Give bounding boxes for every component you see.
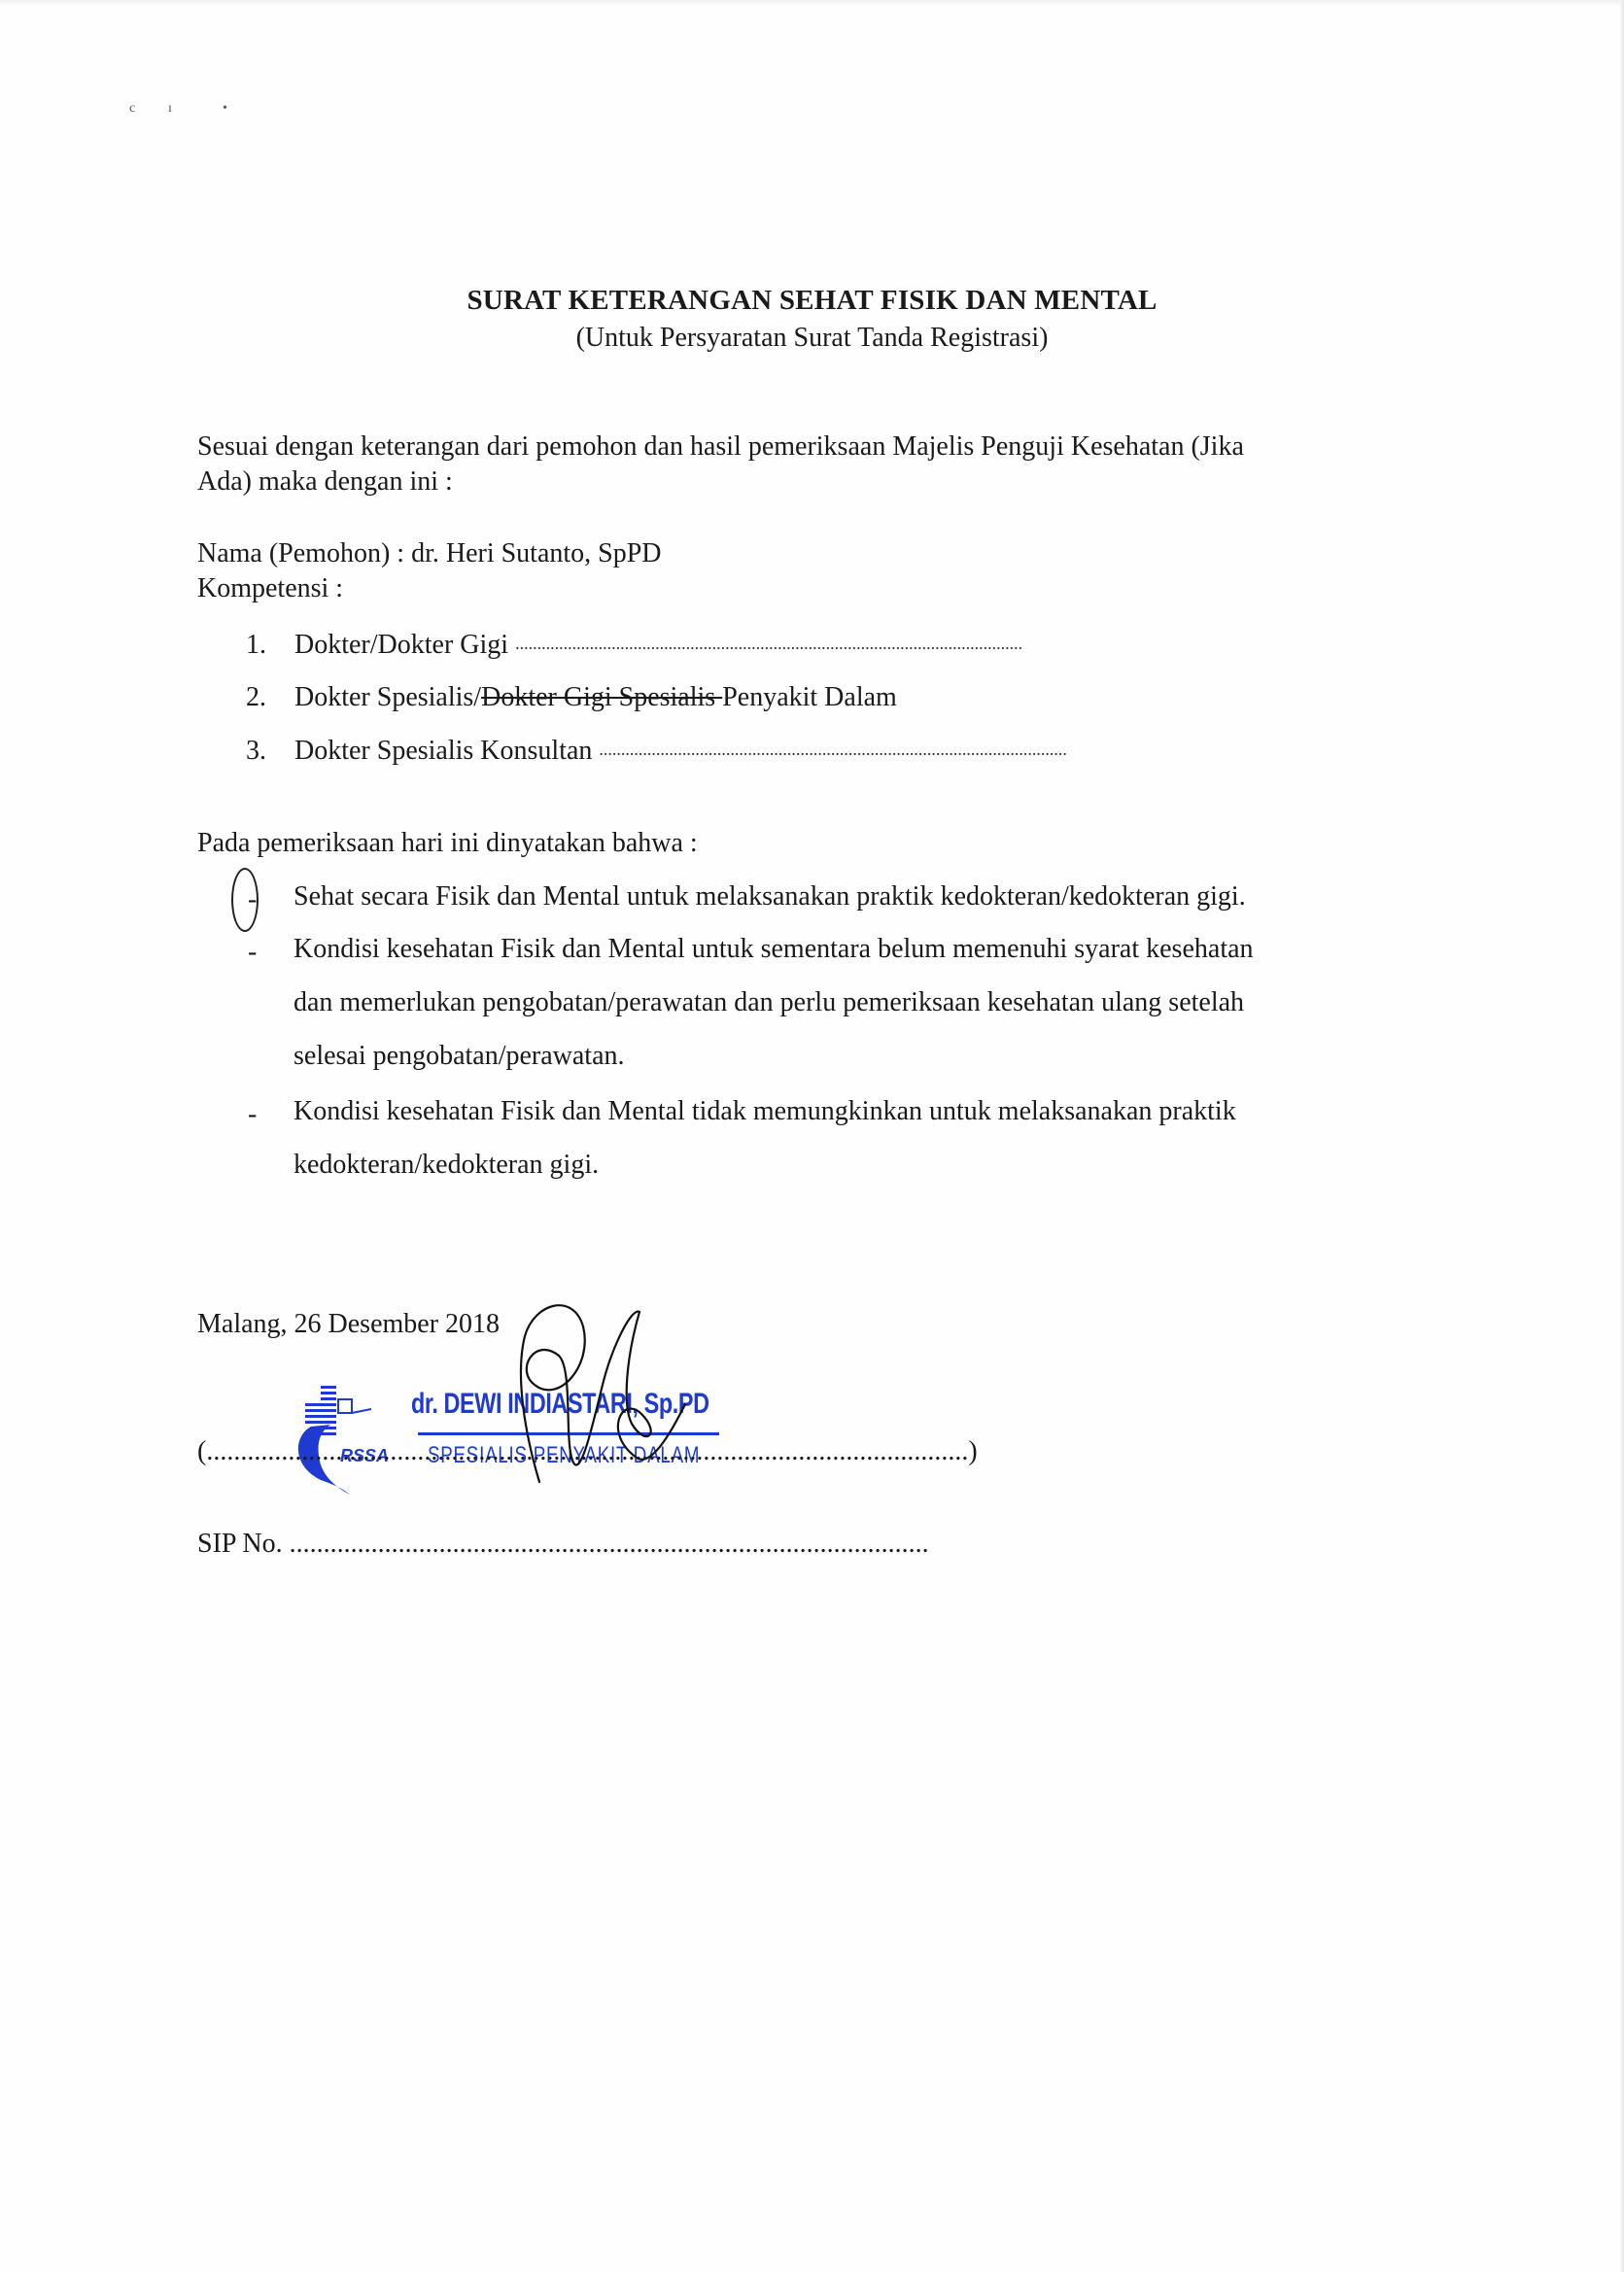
condition-2-line-1: Kondisi kesehatan Fisik dan Mental untuk… [294, 934, 1254, 965]
document-subtitle: (Untuk Persyaratan Surat Tanda Registras… [0, 323, 1624, 354]
item-text-after: Penyakit Dalam [722, 682, 897, 712]
applicant-name: Nama (Pemohon) : dr. Heri Sutanto, SpPD [197, 538, 662, 569]
fill-dots: ........................................… [515, 634, 1022, 653]
scan-mark: • [223, 101, 227, 117]
condition-2-line-3: selesai pengobatan/perawatan. [294, 1041, 625, 1072]
competency-item-2: 2.Dokter Spesialis/Dokter Gigi Spesialis… [246, 682, 897, 713]
intro-paragraph-line-2: Ada) maka dengan ini : [197, 466, 453, 498]
place-date: Malang, 26 Desember 2018 [197, 1309, 500, 1340]
intro-paragraph-line-1: Sesuai dengan keterangan dari pemohon da… [197, 431, 1244, 463]
item-number: 2. [246, 682, 294, 713]
item-text: Dokter/Dokter Gigi [294, 630, 508, 660]
item-text-before: Dokter Spesialis/ [294, 682, 481, 712]
signature-name-line: (.......................................… [197, 1436, 978, 1467]
document-title: SURAT KETERANGAN SEHAT FISIK DAN MENTAL [0, 285, 1624, 317]
document-page: c ı • SURAT KETERANGAN SEHAT FISIK DAN M… [0, 0, 1624, 2272]
competency-item-1: 1.Dokter/Dokter Gigi ...................… [246, 630, 1022, 661]
examination-statement: Pada pemeriksaan hari ini dinyatakan bah… [197, 828, 698, 859]
sip-number-line: SIP No. ................................… [197, 1529, 929, 1560]
bullet-dash: - [248, 937, 257, 968]
item-number: 1. [246, 630, 294, 661]
item-text-struck: Dokter Gigi Spesialis [481, 682, 722, 712]
fill-dots: ........................................… [599, 740, 1067, 759]
condition-3-line-2: kedokteran/kedokteran gigi. [294, 1150, 599, 1181]
item-text: Dokter Spesialis Konsultan [294, 736, 592, 766]
handwritten-signature [466, 1288, 690, 1501]
bullet-dash: - [248, 884, 257, 915]
condition-1-line-1: Sehat secara Fisik dan Mental untuk mela… [294, 881, 1246, 912]
scan-mark: ı [168, 101, 172, 117]
bullet-dash: - [248, 1099, 257, 1130]
scan-edge-top [0, 0, 1624, 6]
condition-3-line-1: Kondisi kesehatan Fisik dan Mental tidak… [294, 1096, 1236, 1127]
competency-label: Kompetensi : [197, 573, 343, 604]
condition-2-line-2: dan memerlukan pengobatan/perawatan dan … [294, 987, 1244, 1018]
item-number: 3. [246, 736, 294, 767]
competency-item-3: 3.Dokter Spesialis Konsultan ...........… [246, 736, 1067, 767]
scan-mark: c [129, 101, 135, 117]
